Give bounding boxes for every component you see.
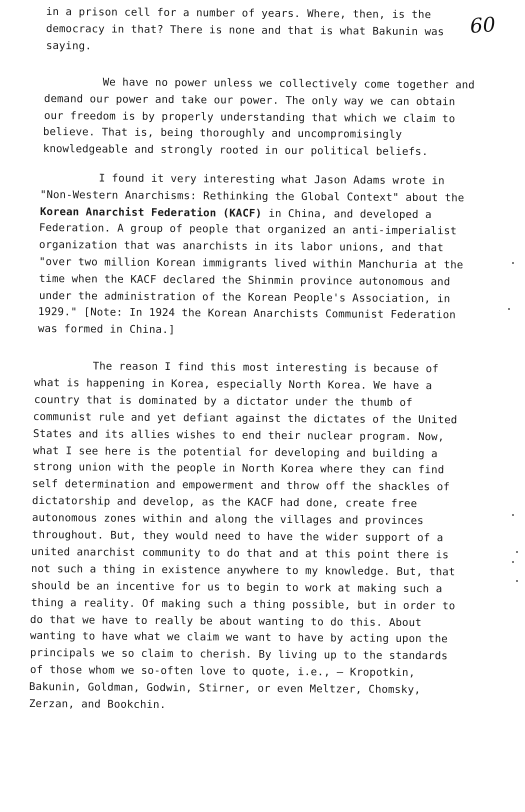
text-line: do that we have to really be about wanti…: [30, 614, 422, 629]
text-line: Zerzan, and Bookchin.: [29, 698, 166, 711]
text-line: communist rule and yet defiant against t…: [33, 411, 457, 426]
text-line: country that is dominated by a dictator …: [33, 394, 412, 409]
scan-speck: [512, 262, 514, 264]
text-line: wanting to have what we claim we want to…: [30, 630, 448, 645]
text-line: time when the KACF declared the Shinmin …: [39, 273, 450, 288]
text-line: strong union with the people in North Ko…: [32, 461, 443, 476]
text-line: in a prison cell for a number of years. …: [46, 6, 431, 21]
text-line: self determination and empowerment and t…: [32, 478, 450, 493]
text-line: States and its allies wishes to end thei…: [33, 428, 444, 443]
text-line: dictatorship and develop, as the KACF ha…: [32, 495, 417, 510]
text-line: throughout. But, they would need to have…: [31, 529, 442, 544]
text-line: what I see here is the potential for dev…: [33, 445, 438, 460]
text-line: our freedom is by properly understanding…: [44, 110, 455, 125]
text-line: "over two million Korean immigrants live…: [39, 256, 463, 271]
text-line: principals we so claim to cherish. By li…: [30, 647, 448, 662]
text-line: not such a thing in existence anywhere t…: [31, 563, 455, 578]
text-line: We have no power unless we collectively …: [44, 76, 475, 91]
text-line: believe. That is, being thoroughly and u…: [43, 126, 402, 141]
document-page: 60 in a prison cell for a number of year…: [0, 0, 525, 812]
text-line: Korean Anarchist Federation (KACF) in Ch…: [40, 206, 432, 221]
text-line: I found it very interesting what Jason A…: [40, 172, 445, 187]
text-line: should be an incentive for us to begin t…: [31, 580, 442, 595]
text-line: of those whom we so-often love to quote,…: [29, 664, 414, 679]
text-line: knowledgeable and strongly rooted in our…: [43, 143, 428, 158]
bold-phrase: Korean Anarchist Federation (KACF): [40, 206, 262, 220]
text-line: Federation. A group of people that organ…: [39, 222, 457, 237]
text-line: thing a reality. Of making such a thing …: [30, 597, 454, 612]
text-line: was formed in China.]: [38, 323, 175, 336]
text-line: 1929." [Note: In 1924 the Korean Anarchi…: [38, 306, 456, 321]
scan-speck: [516, 551, 518, 553]
text-line: demand our power and take our power. The…: [44, 93, 455, 108]
text-line: under the administration of the Korean P…: [39, 290, 450, 305]
text-line: organization that was anarchists in its …: [39, 239, 444, 254]
text-line: what is happening in Korea, especially N…: [34, 377, 432, 392]
handwritten-page-number: 60: [469, 12, 496, 38]
scan-speck: [516, 580, 518, 582]
text-line: "Non-Western Anarchisms: Rethinking the …: [40, 189, 464, 204]
text-line: Bakunin, Goldman, Godwin, Stirner, or ev…: [29, 681, 421, 696]
text-line: saying.: [46, 40, 92, 52]
text-line: autonomous zones within and along the vi…: [32, 512, 424, 527]
scan-speck: [508, 308, 510, 310]
scan-speck: [512, 561, 514, 563]
scan-speck: [512, 514, 514, 516]
text-line: democracy in that? There is none and tha…: [46, 23, 444, 38]
text-line: united anarchist community to do that an…: [31, 546, 449, 561]
text-line: The reason I find this most interesting …: [34, 360, 439, 375]
